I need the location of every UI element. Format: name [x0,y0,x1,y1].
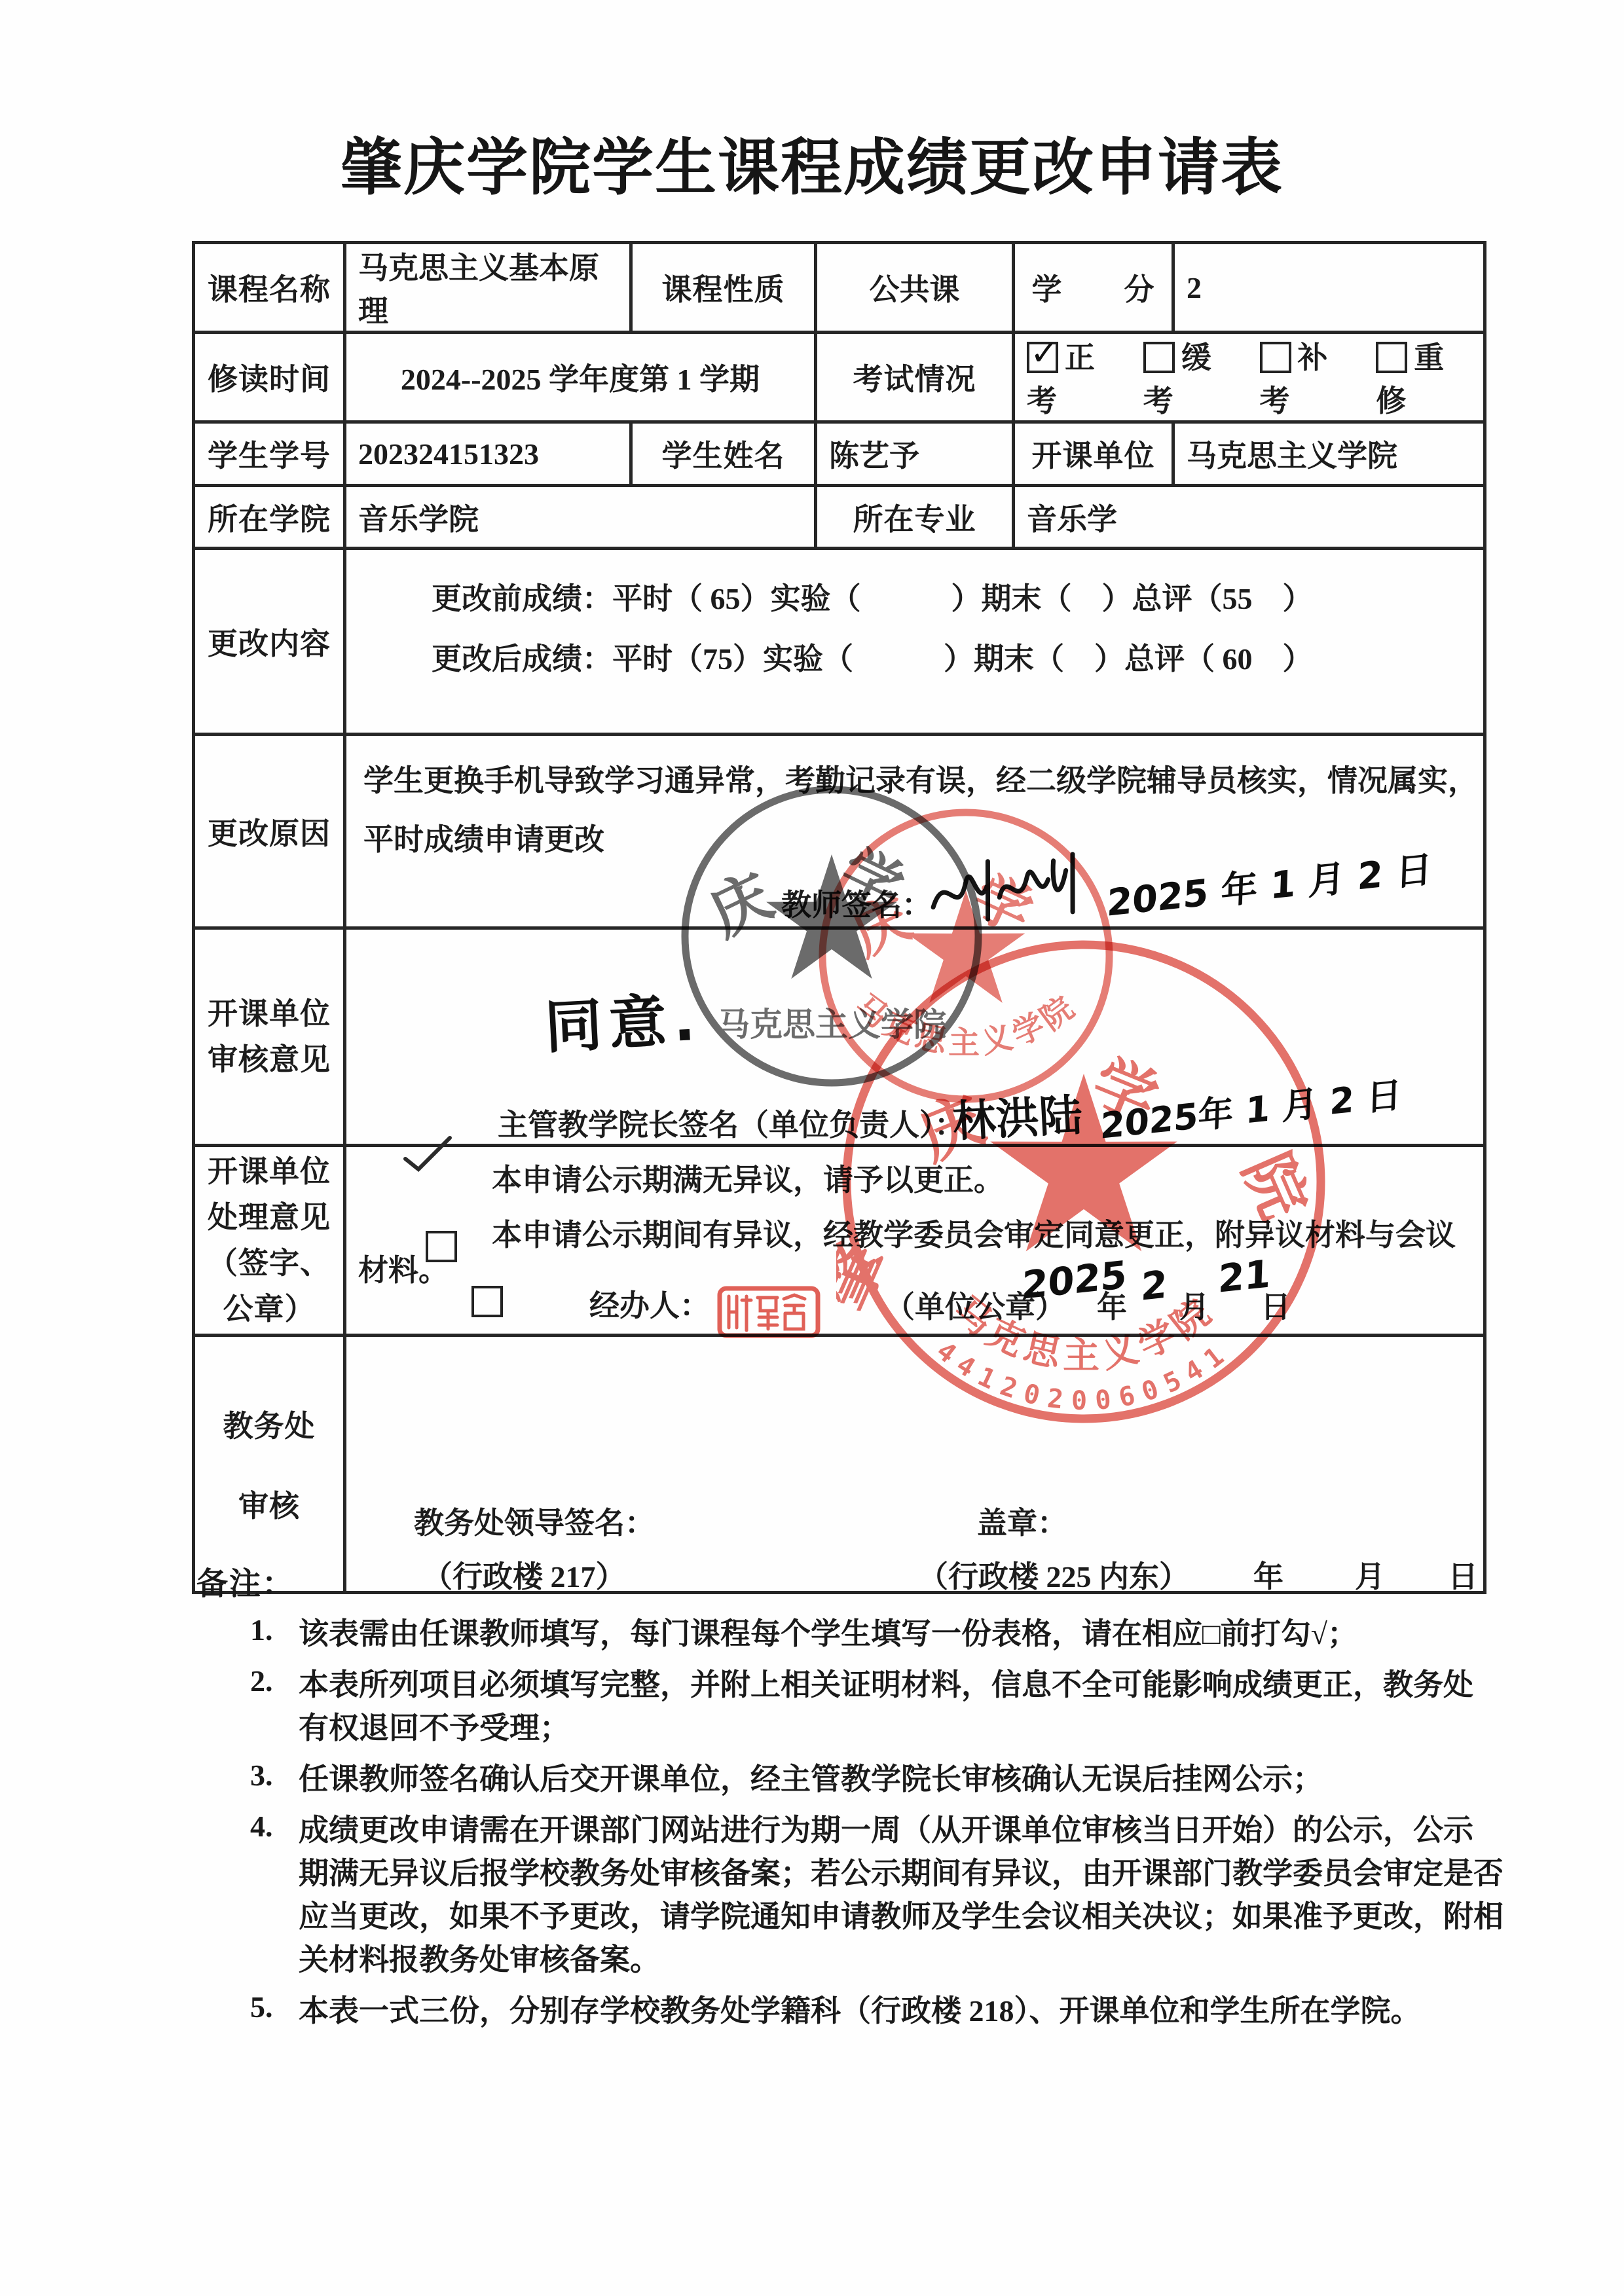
course-name-value: 马克思主义基本原理 [345,243,631,333]
student-id-label: 学生学号 [194,422,345,486]
student-id-value: 202324151323 [345,422,631,486]
note-item: 1. 该表需由任课教师填写，每门课程每个学生填写一份表格，请在相应□前打勾√； [250,1613,1545,1656]
month-unit: 月 [1179,1283,1209,1326]
course-name-label: 课程名称 [194,243,345,333]
decision-checkbox-2 [471,1286,503,1317]
unit-review-label: 开课单位 审核意见 [194,928,345,1146]
note-item: 2. 本表所列项目必须填写完整，并附上相关证明材料，信息不全可能影响成绩更正，教… [250,1664,1545,1750]
notes-section: 备注： 1. 该表需由任课教师填写，每门课程每个学生填写一份表格，请在相应□前打… [196,1558,1545,2041]
reason-line-1: 学生更换手机导致学习通异常，考勤记录有误，经二级学院辅导员核实，情况属实， [363,757,1478,800]
decision-option-2-line1: 本申请公示期间有异议，经教学委员会审定同意更正，附异议材料与会议 [492,1211,1456,1254]
unit-review-cell: 同意. 主管教学院长签名（单位负责人）： 林洪陆 2025年 1 月 2 日 [345,928,1485,1146]
exam-option-regular: ✓正考 [1027,334,1122,420]
row-change-reason: 更改原因 学生更换手机导致学习通异常，考勤记录有误，经二级学院辅导员核实，情况属… [194,735,1485,928]
note-item: 3. 任课教师签名确认后交开课单位，经主管教学院长审核确认无误后挂网公示； [250,1758,1545,1801]
dean-sign-date-handwritten: 2025年 1 月 2 日 [1099,1066,1403,1149]
decision-option-2-line2: 材料。 [358,1247,449,1290]
teacher-sign-label: 教师签名： [781,881,932,924]
row-course: 课程名称 马克思主义基本原理 课程性质 公共课 学 分 2 [194,243,1485,333]
dean-sign-label: 主管教学院长签名（单位负责人）： [498,1101,965,1144]
course-type-value: 公共课 [816,243,1014,333]
handwritten-tick-icon [403,1134,455,1173]
major-value: 音乐学 [1014,486,1485,549]
row-aao-review: 教务处 审核 教务处领导签名： （行政楼 217） 盖章： （行政楼 225 内… [194,1336,1485,1593]
aao-review-label: 教务处 审核 [194,1336,345,1593]
year-unit: 年 [1097,1283,1127,1326]
checkbox-empty [1260,342,1291,373]
grade-before-line: 更改前成绩：平时（ 65）实验（ ）期末（ ）总评（55 ） [432,575,1313,618]
checkbox-empty [1143,342,1175,373]
study-time-label: 修读时间 [194,333,345,422]
credit-label: 学 分 [1014,243,1173,333]
aao-leader-sign-label: 教务处领导签名： [414,1499,655,1542]
grade-after-line: 更改后成绩：平时（75）实验（ ）期末（ ）总评（ 60 ） [432,635,1313,678]
scanned-form-page: 肇庆学院学生课程成绩更改申请表 课程名称 马克思主义基本原理 课程性质 公共课 … [0,0,1624,2296]
change-reason-cell: 学生更换手机导致学习通异常，考勤记录有误，经二级学院辅导员核实，情况属实， 平时… [345,735,1485,928]
student-name-value: 陈艺予 [816,422,1014,486]
note-item: 5. 本表一式三份，分别存学校教务处学籍科（行政楼 218）、开课单位和学生所在… [250,1990,1545,2033]
unit-decision-cell: 本申请公示期满无异议，请予以更正。 本申请公示期间有异议，经教学委员会审定同意更… [345,1146,1485,1336]
change-reason-label: 更改原因 [194,735,345,928]
decision-option-1: 本申请公示期满无异议，请予以更正。 [492,1156,1004,1199]
checkbox-checked: ✓ [1027,342,1058,373]
agent-personal-seal [717,1286,821,1338]
study-time-value: 2024--2025 学年度第 1 学期 [345,333,816,422]
exam-option-makeup: 补考 [1260,334,1356,420]
check-mark-icon: ✓ [1030,334,1059,373]
unit-decision-label: 开课单位 处理意见 （签字、 公章） [194,1146,345,1336]
college-value: 音乐学院 [345,486,816,549]
notes-label: 备注： [196,1558,1545,1603]
major-label: 所在专业 [816,486,1014,549]
note-item: 4. 成绩更改申请需在开课部门网站进行为期一周（从开课单位审核当日开始）的公示，… [250,1809,1545,1982]
course-type-label: 课程性质 [631,243,816,333]
change-content-cell: 更改前成绩：平时（ 65）实验（ ）期末（ ）总评（55 ） 更改后成绩：平时（… [345,549,1485,735]
row-unit-review: 开课单位 审核意见 同意. 主管教学院长签名（单位负责人）： 林洪陆 2025年… [194,928,1485,1146]
college-label: 所在学院 [194,486,345,549]
exam-status-label: 考试情况 [816,333,1014,422]
day-unit: 日 [1261,1283,1291,1326]
change-content-label: 更改内容 [194,549,345,735]
exam-option-deferred: 缓考 [1143,334,1239,420]
aao-review-cell: 教务处领导签名： （行政楼 217） 盖章： （行政楼 225 内东） 年 月 … [345,1336,1485,1593]
month-handwritten: 2 [1140,1262,1168,1309]
aao-seal-label: 盖章： [977,1499,1067,1542]
exam-options-cell: ✓正考 缓考 补考 重修 [1014,333,1485,422]
reason-line-2: 平时成绩申请更改 [363,816,604,859]
row-student: 学生学号 202324151323 学生姓名 陈艺予 开课单位 马克思主义学院 [194,422,1485,486]
exam-option-retake: 重修 [1376,334,1471,420]
row-change-content: 更改内容 更改前成绩：平时（ 65）实验（ ）期末（ ）总评（55 ） 更改后成… [194,549,1485,735]
dean-signature-handwritten: 林洪陆 [951,1080,1084,1149]
approval-handwriting: 同意. [542,974,703,1065]
teacher-sign-date-handwritten: 2025 年 1 月 2 日 [1106,840,1433,927]
student-name-label: 学生姓名 [631,422,816,486]
agent-label: 经办人： [589,1282,710,1325]
offering-unit-value: 马克思主义学院 [1173,422,1485,486]
offering-unit-label: 开课单位 [1014,422,1173,486]
page-title: 肇庆学院学生课程成绩更改申请表 [0,118,1624,206]
row-college: 所在学院 音乐学院 所在专业 音乐学 [194,486,1485,549]
checkbox-empty [1376,342,1407,373]
teacher-signature-scribble [927,846,1084,928]
credit-value: 2 [1173,243,1485,333]
row-term: 修读时间 2024--2025 学年度第 1 学期 考试情况 ✓正考 缓考 补考… [194,333,1485,422]
row-unit-decision: 开课单位 处理意见 （签字、 公章） 本申请公示期满无异议，请予以更正。 本申请… [194,1146,1485,1336]
form-table: 课程名称 马克思主义基本原理 课程性质 公共课 学 分 2 修读时间 2024-… [192,241,1486,1594]
